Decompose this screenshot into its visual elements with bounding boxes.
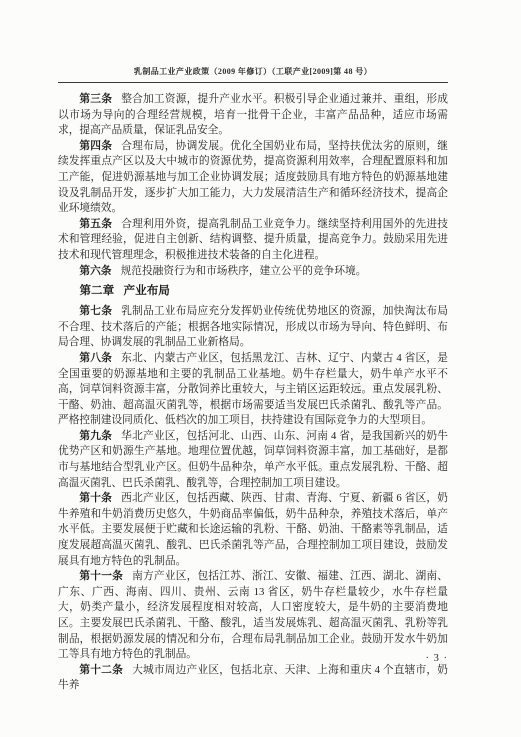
article-text: 合理布局，协调发展。优化全国奶业布局，坚持扶优汰劣的原则，继续发挥重点产区以及大… [58,140,448,214]
article-number: 第六条 [79,265,111,277]
article-paragraph: 第四条合理布局，协调发展。优化全国奶业布局，坚持扶优汰劣的原则，继续发挥重点产区… [58,139,448,217]
article-text: 规范投融资行为和市场秩序，建立公平的竞争环境。 [121,265,367,277]
article-text: 南方产业区，包括江苏、浙江、安徽、福建、江西、湖北、湖南、广东、广西、海南、四川… [58,570,448,660]
chapter-heading: 第二章产业布局 [58,283,448,299]
article-text: 华北产业区，包括河北、山西、山东、河南 4 省，是我国新兴的奶牛优势产区和奶源生… [58,430,448,489]
article-text: 西北产业区，包括西藏、陕西、甘肃、青海、宁夏、新疆 6 省区，奶牛养殖和牛奶消费… [58,492,448,566]
article-number: 第三条 [79,93,112,105]
article-paragraph: 第七条乳制品工业布局应充分发挥奶业传统优势地区的资源，加快淘汰布局不合理、技术落… [58,304,448,351]
article-paragraph: 第十条西北产业区，包括西藏、陕西、甘肃、青海、宁夏、新疆 6 省区，奶牛养殖和牛… [58,491,448,569]
article-number: 第九条 [79,430,112,442]
document-page: 乳制品工业产业政策（2009 年修订）（工联产业[2009]第 48 号） 第三… [0,0,521,737]
article-number: 第十条 [79,492,112,504]
article-number: 第十二条 [79,664,123,676]
chapter-number: 第二章 [79,284,114,297]
running-header: 乳制品工业产业政策（2009 年修订）（工联产业[2009]第 48 号） [58,66,448,83]
article-text: 合理利用外资，提高乳制品工业竞争力。继续坚持利用国外的先进技术和管理经验，促进自… [58,218,448,261]
article-paragraph: 第三条整合加工资源，提升产业水平。积极引导企业通过兼并、重组，形成以市场为导向的… [58,92,448,139]
article-paragraph: 第八条东北、内蒙古产业区，包括黑龙江、吉林、辽宁、内蒙古 4 省区，是全国重要的… [58,351,448,429]
article-number: 第五条 [79,218,112,230]
article-paragraph: 第五条合理利用外资，提高乳制品工业竞争力。继续坚持利用国外的先进技术和管理经验，… [58,217,448,264]
article-paragraph: 第十一条南方产业区，包括江苏、浙江、安徽、福建、江西、湖北、湖南、广东、广西、海… [58,569,448,663]
article-number: 第七条 [79,305,112,317]
page-number: · 3 · [58,653,448,664]
article-paragraph: 第九条华北产业区，包括河北、山西、山东、河南 4 省，是我国新兴的奶牛优势产区和… [58,429,448,491]
article-number: 第八条 [79,352,112,364]
article-paragraph: 第六条规范投融资行为和市场秩序，建立公平的竞争环境。 [58,264,448,280]
header-title: 乳制品工业产业政策（2009 年修订）（工联产业[2009]第 48 号） [134,67,372,76]
article-text: 乳制品工业布局应充分发挥奶业传统优势地区的资源，加快淘汰布局不合理、技术落后的产… [58,305,448,348]
article-text: 整合加工资源，提升产业水平。积极引导企业通过兼并、重组，形成以市场为导向的合理经… [58,93,448,136]
chapter-title: 产业布局 [124,284,170,297]
article-paragraph: 第十二条大城市周边产业区，包括北京、天津、上海和重庆 4 个直辖市，奶牛养 [58,663,448,694]
document-body: 第三条整合加工资源，提升产业水平。积极引导企业通过兼并、重组，形成以市场为导向的… [58,92,448,694]
article-number: 第十一条 [79,570,123,582]
article-number: 第四条 [79,140,112,152]
article-text: 东北、内蒙古产业区，包括黑龙江、吉林、辽宁、内蒙古 4 省区，是全国重要的奶源基… [58,352,448,426]
